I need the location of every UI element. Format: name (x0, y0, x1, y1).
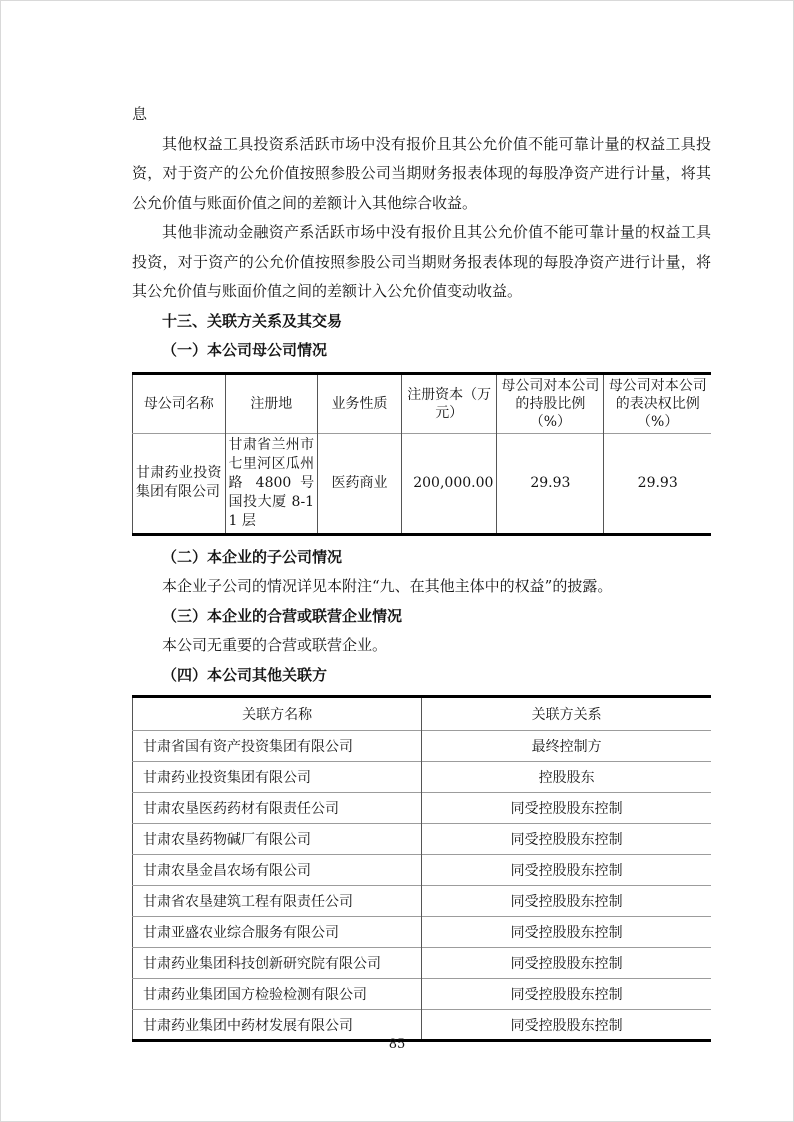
subsection-4-heading: （四）本公司其他关联方 (132, 661, 711, 691)
col-header-parent-name: 母公司名称 (133, 373, 226, 433)
subsection-2-heading: （二）本企业的子公司情况 (132, 543, 711, 573)
col-header-registered-address: 注册地 (225, 373, 318, 433)
related-parties-table: 关联方名称 关联方关系 甘肃省国有资产投资集团有限公司 最终控制方 甘肃药业投资… (132, 695, 711, 1042)
carryover-text-line: 息 (132, 100, 711, 130)
cell-voting-ratio: 29.93 (604, 433, 711, 534)
cell-party-relation: 控股股东 (422, 762, 711, 793)
cell-party-name: 甘肃农垦医药药材有限责任公司 (133, 793, 422, 824)
related-parties-header-row: 关联方名称 关联方关系 (133, 697, 712, 731)
cell-party-relation: 同受控股股东控制 (422, 824, 711, 855)
cell-party-name: 甘肃药业投资集团有限公司 (133, 762, 422, 793)
page-number: 85 (1, 1037, 793, 1052)
document-page: 息 其他权益工具投资系活跃市场中没有报价且其公允价值不能可靠计量的权益工具投资，… (0, 0, 794, 1122)
cell-party-relation: 同受控股股东控制 (422, 886, 711, 917)
cell-party-name: 甘肃药业集团中药材发展有限公司 (133, 1010, 422, 1041)
subsection-1-heading: （一）本公司母公司情况 (132, 336, 711, 366)
cell-party-name: 甘肃药业集团科技创新研究院有限公司 (133, 948, 422, 979)
cell-party-name: 甘肃农垦金昌农场有限公司 (133, 855, 422, 886)
col-header-voting-ratio: 母公司对本公司的表决权比例（%） (604, 373, 711, 433)
cell-registered-capital: 200,000.00 (401, 433, 496, 534)
col-header-business-nature: 业务性质 (318, 373, 402, 433)
cell-party-relation: 最终控制方 (422, 731, 711, 762)
parent-company-data-row: 甘肃药业投资集团有限公司 甘肃省兰州市七里河区瓜州路 4800 号国投大厦 8-… (133, 433, 712, 534)
table-row: 甘肃药业集团国方检验检测有限公司 同受控股股东控制 (133, 979, 712, 1010)
col-header-related-party-relation: 关联方关系 (422, 697, 711, 731)
table-row: 甘肃农垦金昌农场有限公司 同受控股股东控制 (133, 855, 712, 886)
cell-party-name: 甘肃亚盛农业综合服务有限公司 (133, 917, 422, 948)
cell-registered-address: 甘肃省兰州市七里河区瓜州路 4800 号国投大厦 8-11 层 (225, 433, 318, 534)
cell-party-name: 甘肃药业集团国方检验检测有限公司 (133, 979, 422, 1010)
body-paragraph-1: 其他权益工具投资系活跃市场中没有报价且其公允价值不能可靠计量的权益工具投资，对于… (132, 130, 711, 219)
cell-party-relation: 同受控股股东控制 (422, 948, 711, 979)
table-row: 甘肃药业集团科技创新研究院有限公司 同受控股股东控制 (133, 948, 712, 979)
subsection-2-text: 本企业子公司的情况详见本附注“九、在其他主体中的权益”的披露。 (132, 572, 711, 602)
cell-business-nature: 医药商业 (318, 433, 402, 534)
col-header-registered-capital: 注册资本（万元） (401, 373, 496, 433)
table-row: 甘肃农垦医药药材有限责任公司 同受控股股东控制 (133, 793, 712, 824)
cell-party-relation: 同受控股股东控制 (422, 855, 711, 886)
parent-company-table: 母公司名称 注册地 业务性质 注册资本（万元） 母公司对本公司的持股比例（%） … (132, 372, 711, 536)
cell-party-relation: 同受控股股东控制 (422, 979, 711, 1010)
body-paragraph-2: 其他非流动金融资产系活跃市场中没有报价且其公允价值不能可靠计量的权益工具投资，对… (132, 218, 711, 307)
col-header-shareholding-ratio: 母公司对本公司的持股比例（%） (497, 373, 604, 433)
cell-party-name: 甘肃省农垦建筑工程有限责任公司 (133, 886, 422, 917)
table-row: 甘肃药业投资集团有限公司 控股股东 (133, 762, 712, 793)
cell-party-name: 甘肃省国有资产投资集团有限公司 (133, 731, 422, 762)
table-row: 甘肃省农垦建筑工程有限责任公司 同受控股股东控制 (133, 886, 712, 917)
cell-party-relation: 同受控股股东控制 (422, 917, 711, 948)
parent-company-header-row: 母公司名称 注册地 业务性质 注册资本（万元） 母公司对本公司的持股比例（%） … (133, 373, 712, 433)
section-13-heading: 十三、关联方关系及其交易 (132, 307, 711, 337)
cell-party-name: 甘肃农垦药物碱厂有限公司 (133, 824, 422, 855)
subsection-3-heading: （三）本企业的合营或联营企业情况 (132, 602, 711, 632)
table-row: 甘肃农垦药物碱厂有限公司 同受控股股东控制 (133, 824, 712, 855)
cell-party-relation: 同受控股股东控制 (422, 1010, 711, 1041)
table-row: 甘肃亚盛农业综合服务有限公司 同受控股股东控制 (133, 917, 712, 948)
cell-parent-name: 甘肃药业投资集团有限公司 (133, 433, 226, 534)
table-row: 甘肃省国有资产投资集团有限公司 最终控制方 (133, 731, 712, 762)
cell-shareholding-ratio: 29.93 (497, 433, 604, 534)
cell-party-relation: 同受控股股东控制 (422, 793, 711, 824)
col-header-related-party-name: 关联方名称 (133, 697, 422, 731)
table-row: 甘肃药业集团中药材发展有限公司 同受控股股东控制 (133, 1010, 712, 1041)
subsection-3-text: 本公司无重要的合营或联营企业。 (132, 631, 711, 661)
